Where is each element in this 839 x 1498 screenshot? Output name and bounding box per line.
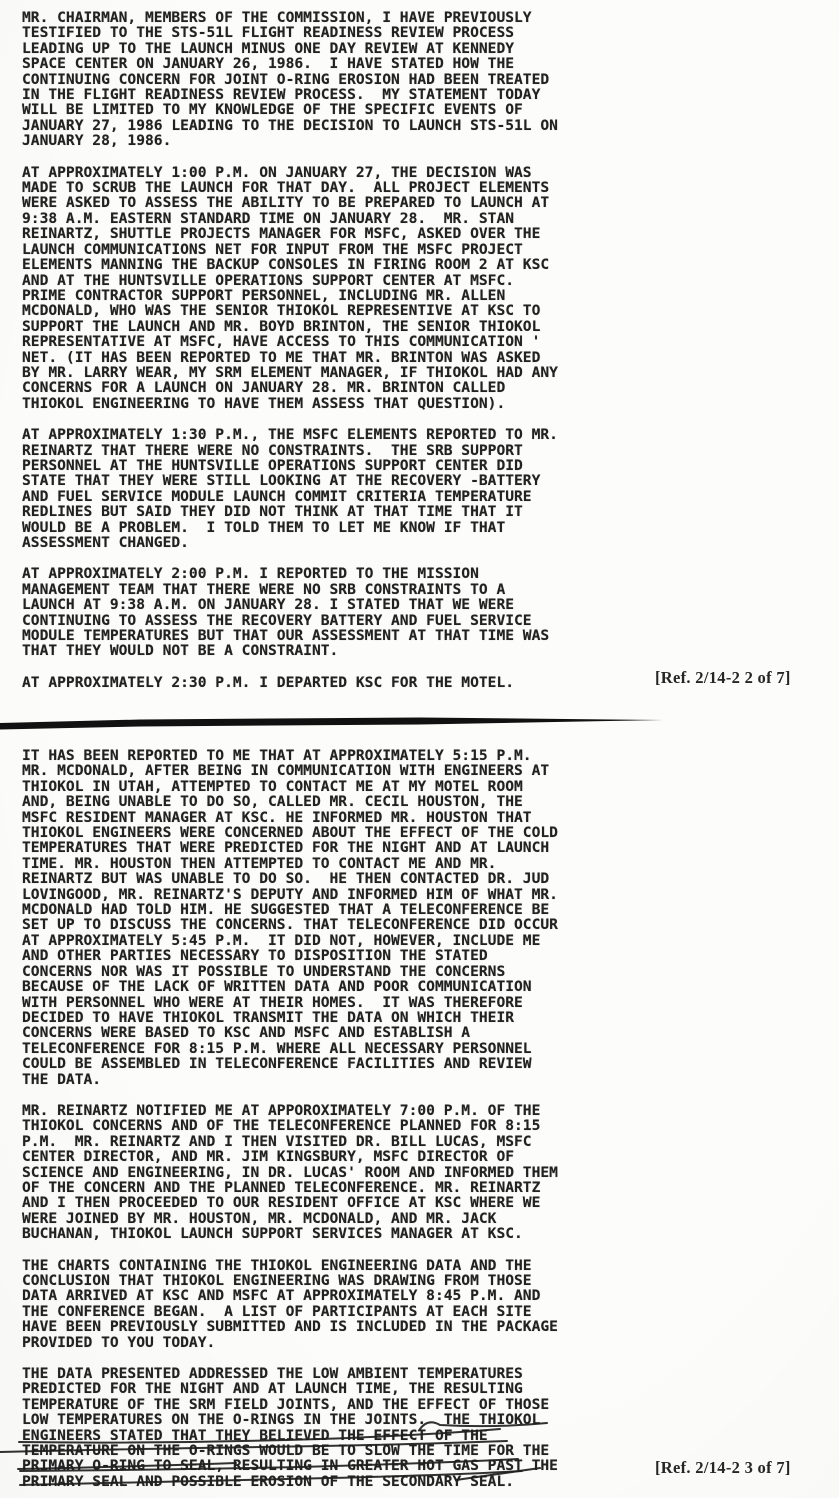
testimony-excerpt-page-3-of-7: IT HAS BEEN REPORTED TO ME THAT AT APPRO… <box>22 748 682 1498</box>
paragraph-845pm-charts-arrive: THE CHARTS CONTAINING THE THIOKOL ENGINE… <box>22 1258 682 1350</box>
paragraph-data-presented-oring-effect: THE DATA PRESENTED ADDRESSED THE LOW AMB… <box>22 1366 682 1489</box>
paragraph-opening-statement: MR. CHAIRMAN, MEMBERS OF THE COMMISSION,… <box>22 10 682 149</box>
paragraph-230pm-departed-ksc: AT APPROXIMATELY 2:30 P.M. I DEPARTED KS… <box>22 675 682 690</box>
scanned-testimony-document: MR. CHAIRMAN, MEMBERS OF THE COMMISSION,… <box>0 0 839 1498</box>
paragraph-7pm-reinartz-notification: MR. REINARTZ NOTIFIED ME AT APPOROXIMATE… <box>22 1103 682 1242</box>
paragraph-515pm-mcdonald-calls: IT HAS BEEN REPORTED TO ME THAT AT APPRO… <box>22 748 682 1087</box>
paragraph-130pm-no-constraints: AT APPROXIMATELY 1:30 P.M., THE MSFC ELE… <box>22 427 682 550</box>
reference-label-page-2-of-7: [Ref. 2/14-2 2 of 7] <box>655 668 791 688</box>
page-divider-rule <box>0 718 663 730</box>
reference-label-page-3-of-7: [Ref. 2/14-2 3 of 7] <box>655 1458 791 1478</box>
paragraph-1pm-scrub-decision: AT APPROXIMATELY 1:00 P.M. ON JANUARY 27… <box>22 165 682 412</box>
testimony-excerpt-page-2-of-7: MR. CHAIRMAN, MEMBERS OF THE COMMISSION,… <box>22 10 682 706</box>
paragraph-2pm-mission-management: AT APPROXIMATELY 2:00 P.M. I REPORTED TO… <box>22 566 682 658</box>
